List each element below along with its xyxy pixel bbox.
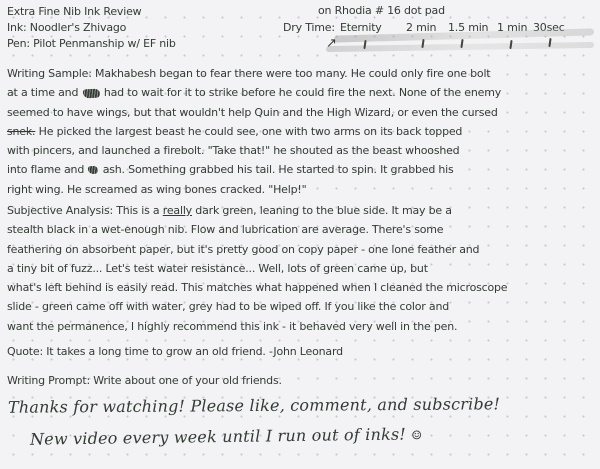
scribbled-out-character <box>88 166 98 175</box>
pen-name-line: Pen: Pilot Penmanship w/ EF nib <box>7 36 176 52</box>
subjective-line: feathering on absorbent paper, but it's … <box>7 240 597 259</box>
subjective-line: what's left behind is easily read. This … <box>7 278 597 297</box>
smiley-face-icon: ☺ <box>411 428 422 442</box>
dry-time-label: Dry Time: <box>283 21 335 34</box>
subjective-line: want the permanence, I highly recommend … <box>7 317 597 336</box>
closing-line-1: Thanks for watching! Please like, commen… <box>8 394 500 416</box>
struck-out-word: snek. <box>7 125 35 138</box>
writing-sample-line: with pincers, and launched a firebolt. "… <box>7 141 597 160</box>
header-left: Extra Fine Nib Ink Review Ink: Noodler's… <box>7 4 176 52</box>
writing-sample-line: right wing. He screamed as wing bones cr… <box>7 180 597 199</box>
subjective-line: a tiny bit of fuzz... Let's test water r… <box>7 259 597 278</box>
writing-sample-paragraph: Writing Sample: Makhabesh began to fear … <box>7 64 597 199</box>
paper-type-line: on Rhodia # 16 dot pad <box>318 4 445 17</box>
quote-line: Quote: It takes a long time to grow an o… <box>7 345 343 358</box>
handwritten-ink-review-page: { "colors": { "ink": "#333c34", "paper":… <box>0 0 600 469</box>
scribbled-out-word <box>82 88 99 98</box>
writing-sample-line: seemed to have wings, but that wouldn't … <box>7 103 597 122</box>
dry-time-eternity: Eternity <box>340 21 382 34</box>
subjective-line: slide - green came off with water, grey … <box>7 297 597 316</box>
writing-sample-line: at a time and had to wait for it to stri… <box>7 83 597 102</box>
subjective-analysis-paragraph: Subjective Analysis: This is a really da… <box>7 201 597 336</box>
writing-prompt-line: Writing Prompt: Write about one of your … <box>7 374 282 387</box>
subjective-line: stealth black in a wet-enough nib. Flow … <box>7 220 597 239</box>
writing-sample-line: snek. He picked the largest beast he cou… <box>7 122 597 141</box>
underlined-word: really <box>163 204 192 217</box>
review-title: Extra Fine Nib Ink Review <box>7 4 176 20</box>
closing-line-2: New video every week until I run out of … <box>30 424 422 448</box>
ink-name-line: Ink: Noodler's Zhivago <box>7 20 176 36</box>
writing-sample-line: into flame and ash. Something grabbed hi… <box>7 160 597 179</box>
writing-sample-line: Writing Sample: Makhabesh began to fear … <box>7 64 597 83</box>
subjective-line: Subjective Analysis: This is a really da… <box>7 201 597 220</box>
arrow-to-eternity-icon: ↗ <box>326 36 337 51</box>
